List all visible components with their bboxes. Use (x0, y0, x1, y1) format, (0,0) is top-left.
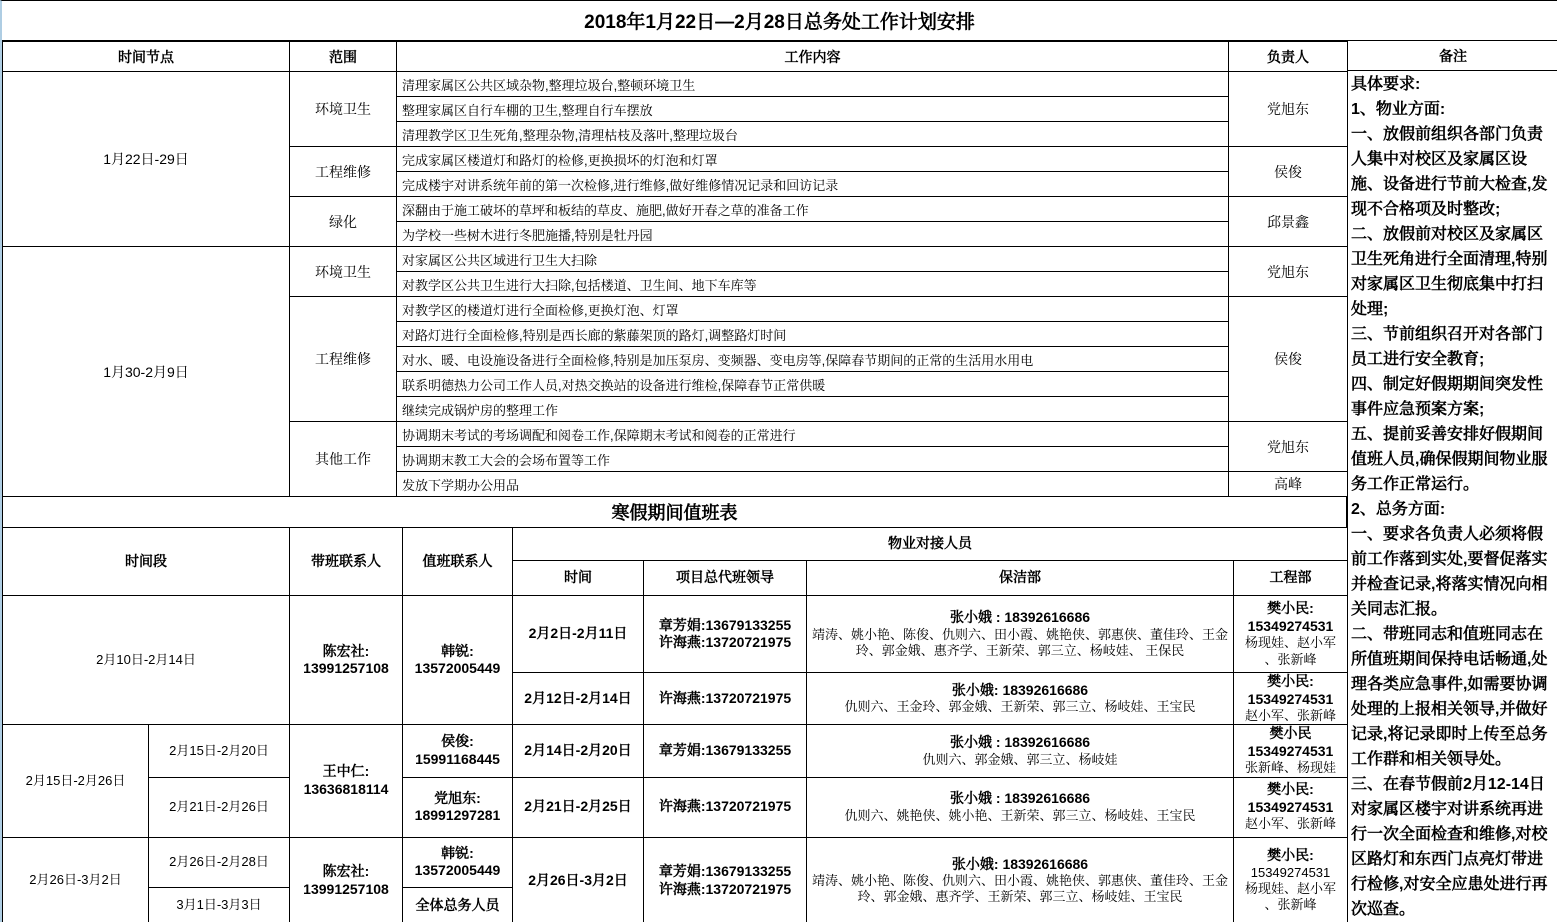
duty-header-time: 时间 (513, 561, 644, 596)
duty-roster-table: 时间段 带班联系人 值班联系人 物业对接人员 时间 项目总代班领导 保洁部 工程… (2, 527, 1348, 922)
engineering-head: 樊小民: 15349274531 (1237, 673, 1344, 708)
cleaning-members: 靖涛、姚小艳、陈俊、仇则六、田小霞、姚艳侠、郭惠侠、董佳玲、王金玲、郭金娥、惠齐… (810, 627, 1230, 660)
duty-contact-cell: 侯俊: 15991168445 (403, 725, 513, 777)
engineering-cell: 樊小民: 15349274531 赵小军、张新峰 (1234, 673, 1348, 725)
table-row: 2月21日-2月26日 党旭东: 18991297281 2月21日-2月25日… (3, 777, 1348, 837)
engineering-cell: 樊小民: 15349274531 杨现娃、赵小军 、张新峰 (1234, 837, 1348, 922)
task-cell: 对家属区公共区域进行卫生大扫除 (397, 247, 1229, 272)
owner-cell: 邱景鑫 (1229, 197, 1348, 247)
duty-contact-cell: 全体总务人员 (403, 887, 513, 922)
duty-header-engineering-dept: 工程部 (1234, 561, 1348, 596)
duty-header-project-leader: 项目总代班领导 (644, 561, 807, 596)
table-row: 2月26日-3月2日 2月26日-2月28日 陈宏社: 13991257108 … (3, 837, 1348, 887)
plan-header-time-node: 时间节点 (3, 42, 290, 72)
project-leader-cell: 章芳娟:13679133255 许海燕:13720721975 (644, 837, 807, 922)
project-leader-cell: 章芳娟:13679133255 (644, 725, 807, 777)
duty-header-duty-contact: 值班联系人 (403, 528, 513, 596)
task-cell: 对教学区公共卫生进行大扫除,包括楼道、卫生间、地下车库等 (397, 272, 1229, 297)
plan-header-scope: 范围 (290, 42, 397, 72)
table-row: 2月10日-2月14日 陈宏社: 13991257108 韩锐: 1357200… (3, 596, 1348, 673)
scope-cell: 环境卫生 (290, 72, 397, 147)
body-region: 时间节点 范围 工作内容 负责人 1月22日-29日 环境卫生 清理家属区公共区… (2, 41, 1557, 922)
task-cell: 完成家属区楼道灯和路灯的检修,更换损坏的灯泡和灯罩 (397, 147, 1229, 172)
table-row: 2月15日-2月26日 2月15日-2月20日 王中仁: 13636818114… (3, 725, 1348, 777)
remarks-text: 具体要求: 1、物业方面: 一、放假前组织各部门负责人集中对校区及家属区设施、设… (1351, 72, 1555, 922)
cleaning-cell: 张小娥 : 18392616686 仇则六、姚艳侠、姚小艳、王新荣、郭三立、杨岐… (807, 777, 1234, 837)
task-cell: 发放下学期办公用品 (397, 472, 1229, 497)
duty-contact-cell: 韩锐: 13572005449 (403, 837, 513, 887)
engineering-cell: 樊小民: 15349274531 赵小军、张新峰 (1234, 777, 1348, 837)
cleaning-members: 靖涛、姚小艳、陈俊、仇则六、田小霞、姚艳侠、郭惠侠、董佳玲、王金玲、郭金娥、惠齐… (810, 873, 1230, 906)
plan-header-row: 时间节点 范围 工作内容 负责人 (3, 42, 1348, 72)
lead-contact-cell: 陈宏社: 13991257108 (290, 837, 403, 922)
spreadsheet-page: 2018年1月22日—2月28日总务处工作计划安排 时间节点 范围 工作内容 负… (0, 0, 1557, 922)
cleaning-head: 张小娥: 18392616686 (810, 856, 1230, 874)
owner-cell: 党旭东 (1229, 247, 1348, 297)
period-cell: 1月22日-29日 (3, 72, 290, 247)
time-range-sub-cell: 2月21日-2月26日 (149, 777, 290, 837)
scope-cell: 环境卫生 (290, 247, 397, 297)
cleaning-cell: 张小娥: 18392616686 仇则六、王金玲、郭金娥、王新荣、郭三立、杨岐娃… (807, 673, 1234, 725)
task-cell: 继续完成锅炉房的整理工作 (397, 397, 1229, 422)
engineering-head: 樊小民 15349274531 (1237, 725, 1344, 760)
task-cell: 整理家属区自行车棚的卫生,整理自行车摆放 (397, 97, 1229, 122)
remarks-body: 具体要求: 1、物业方面: 一、放假前组织各部门负责人集中对校区及家属区设施、设… (1348, 71, 1557, 922)
task-cell: 为学校一些树木进行冬肥施播,特别是牡丹园 (397, 222, 1229, 247)
cleaning-head: 张小娥 : 18392616686 (810, 790, 1230, 808)
cleaning-head: 张小娥 : 18392616686 (810, 734, 1230, 752)
lead-contact-cell: 王中仁: 13636818114 (290, 725, 403, 837)
cleaning-members: 仇则六、王金玲、郭金娥、王新荣、郭三立、杨岐娃、王宝民 (810, 699, 1230, 715)
engineering-members: 赵小军、张新峰 (1237, 816, 1344, 832)
scope-cell: 绿化 (290, 197, 397, 247)
engineering-members: 赵小军、张新峰 (1237, 708, 1344, 724)
task-cell: 协调期末考试的考场调配和阅卷工作,保障期末考试和阅卷的正常进行 (397, 422, 1229, 447)
task-cell: 清理家属区公共区域杂物,整理垃圾台,整顿环境卫生 (397, 72, 1229, 97)
engineering-members: 杨现娃、赵小军 、张新峰 (1237, 635, 1344, 668)
scope-cell: 其他工作 (290, 422, 397, 497)
task-cell: 对路灯进行全面检修,特别是西长廊的紫藤架顶的路灯,调整路灯时间 (397, 322, 1229, 347)
page-title: 2018年1月22日—2月28日总务处工作计划安排 (2, 1, 1557, 41)
duty-contact-cell: 韩锐: 13572005449 (403, 596, 513, 725)
duty-table-title: 寒假期间值班表 (2, 497, 1347, 527)
remarks-panel: 备注 具体要求: 1、物业方面: 一、放假前组织各部门负责人集中对校区及家属区设… (1347, 41, 1557, 922)
time-cell: 2月14日-2月20日 (513, 725, 644, 777)
engineering-head: 樊小民: 15349274531 (1237, 781, 1344, 816)
cleaning-cell: 张小娥 : 18392616686 靖涛、姚小艳、陈俊、仇则六、田小霞、姚艳侠、… (807, 596, 1234, 673)
task-cell: 协调期末教工大会的会场布置等工作 (397, 447, 1229, 472)
owner-cell: 侯俊 (1229, 297, 1348, 422)
owner-cell: 侯俊 (1229, 147, 1348, 197)
task-cell: 完成楼宇对讲系统年前的第一次检修,进行维修,做好维修情况记录和回访记录 (397, 172, 1229, 197)
scope-cell: 工程维修 (290, 297, 397, 422)
time-cell: 2月12日-2月14日 (513, 673, 644, 725)
duty-header-property-group: 物业对接人员 (513, 528, 1348, 561)
duty-header-lead-contact: 带班联系人 (290, 528, 403, 596)
project-leader-cell: 章芳娟:13679133255 许海燕:13720721975 (644, 596, 807, 673)
time-cell: 2月26日-3月2日 (513, 837, 644, 922)
time-cell: 2月21日-2月25日 (513, 777, 644, 837)
duty-header-time-range: 时间段 (3, 528, 290, 596)
plan-header-work-content: 工作内容 (397, 42, 1229, 72)
plan-header-owner: 负责人 (1229, 42, 1348, 72)
time-range-sub-cell: 2月15日-2月20日 (149, 725, 290, 777)
scope-cell: 工程维修 (290, 147, 397, 197)
task-cell: 联系明德热力公司工作人员,对热交换站的设备进行维检,保障春节正常供暖 (397, 372, 1229, 397)
cleaning-members: 仇则六、郭金娥、郭三立、杨岐娃 (810, 752, 1230, 768)
owner-cell: 党旭东 (1229, 72, 1348, 147)
table-row: 1月22日-29日 环境卫生 清理家属区公共区域杂物,整理垃圾台,整顿环境卫生 … (3, 72, 1348, 97)
engineering-cell: 樊小民: 15349274531 杨现娃、赵小军 、张新峰 (1234, 596, 1348, 673)
task-cell: 对水、暖、电设施设备进行全面检修,特别是加压泵房、变频器、变电房等,保障春节期间… (397, 347, 1229, 372)
cleaning-head: 张小娥 : 18392616686 (810, 609, 1230, 627)
project-leader-cell: 许海燕:13720721975 (644, 673, 807, 725)
time-range-sub-cell: 2月26日-2月28日 (149, 837, 290, 887)
remarks-header: 备注 (1348, 41, 1557, 71)
engineering-members: 15349274531 杨现娃、赵小军 、张新峰 (1237, 865, 1344, 914)
duty-contact-cell: 党旭东: 18991297281 (403, 777, 513, 837)
cleaning-cell: 张小娥 : 18392616686 仇则六、郭金娥、郭三立、杨岐娃 (807, 725, 1234, 777)
period-cell: 1月30-2月9日 (3, 247, 290, 497)
time-cell: 2月2日-2月11日 (513, 596, 644, 673)
duty-header-cleaning-dept: 保洁部 (807, 561, 1234, 596)
task-cell: 清理教学区卫生死角,整理杂物,清理枯枝及落叶,整理垃圾台 (397, 122, 1229, 147)
project-leader-cell: 许海燕:13720721975 (644, 777, 807, 837)
duty-header-row-1: 时间段 带班联系人 值班联系人 物业对接人员 (3, 528, 1348, 561)
time-range-cell: 2月15日-2月26日 (3, 725, 149, 837)
time-range-sub-cell: 3月1日-3月3日 (149, 887, 290, 922)
task-cell: 对教学区的楼道灯进行全面检修,更换灯泡、灯罩 (397, 297, 1229, 322)
lead-contact-cell: 陈宏社: 13991257108 (290, 596, 403, 725)
left-region: 时间节点 范围 工作内容 负责人 1月22日-29日 环境卫生 清理家属区公共区… (2, 41, 1347, 922)
engineering-head: 樊小民: (1237, 847, 1344, 865)
time-range-cell: 2月10日-2月14日 (3, 596, 290, 725)
engineering-members: 张新峰、杨现娃 (1237, 760, 1344, 776)
owner-cell: 高峰 (1229, 472, 1348, 497)
time-range-cell: 2月26日-3月2日 (3, 837, 149, 922)
table-row: 1月30-2月9日 环境卫生 对家属区公共区域进行卫生大扫除 党旭东 (3, 247, 1348, 272)
engineering-head: 樊小民: 15349274531 (1237, 600, 1344, 635)
task-cell: 深翻由于施工破坏的草坪和板结的草皮、施肥,做好开春之草的准备工作 (397, 197, 1229, 222)
engineering-cell: 樊小民 15349274531 张新峰、杨现娃 (1234, 725, 1348, 777)
owner-cell: 党旭东 (1229, 422, 1348, 472)
cleaning-cell: 张小娥: 18392616686 靖涛、姚小艳、陈俊、仇则六、田小霞、姚艳侠、郭… (807, 837, 1234, 922)
cleaning-head: 张小娥: 18392616686 (810, 682, 1230, 700)
cleaning-members: 仇则六、姚艳侠、姚小艳、王新荣、郭三立、杨岐娃、王宝民 (810, 808, 1230, 824)
work-plan-table: 时间节点 范围 工作内容 负责人 1月22日-29日 环境卫生 清理家属区公共区… (2, 41, 1348, 497)
